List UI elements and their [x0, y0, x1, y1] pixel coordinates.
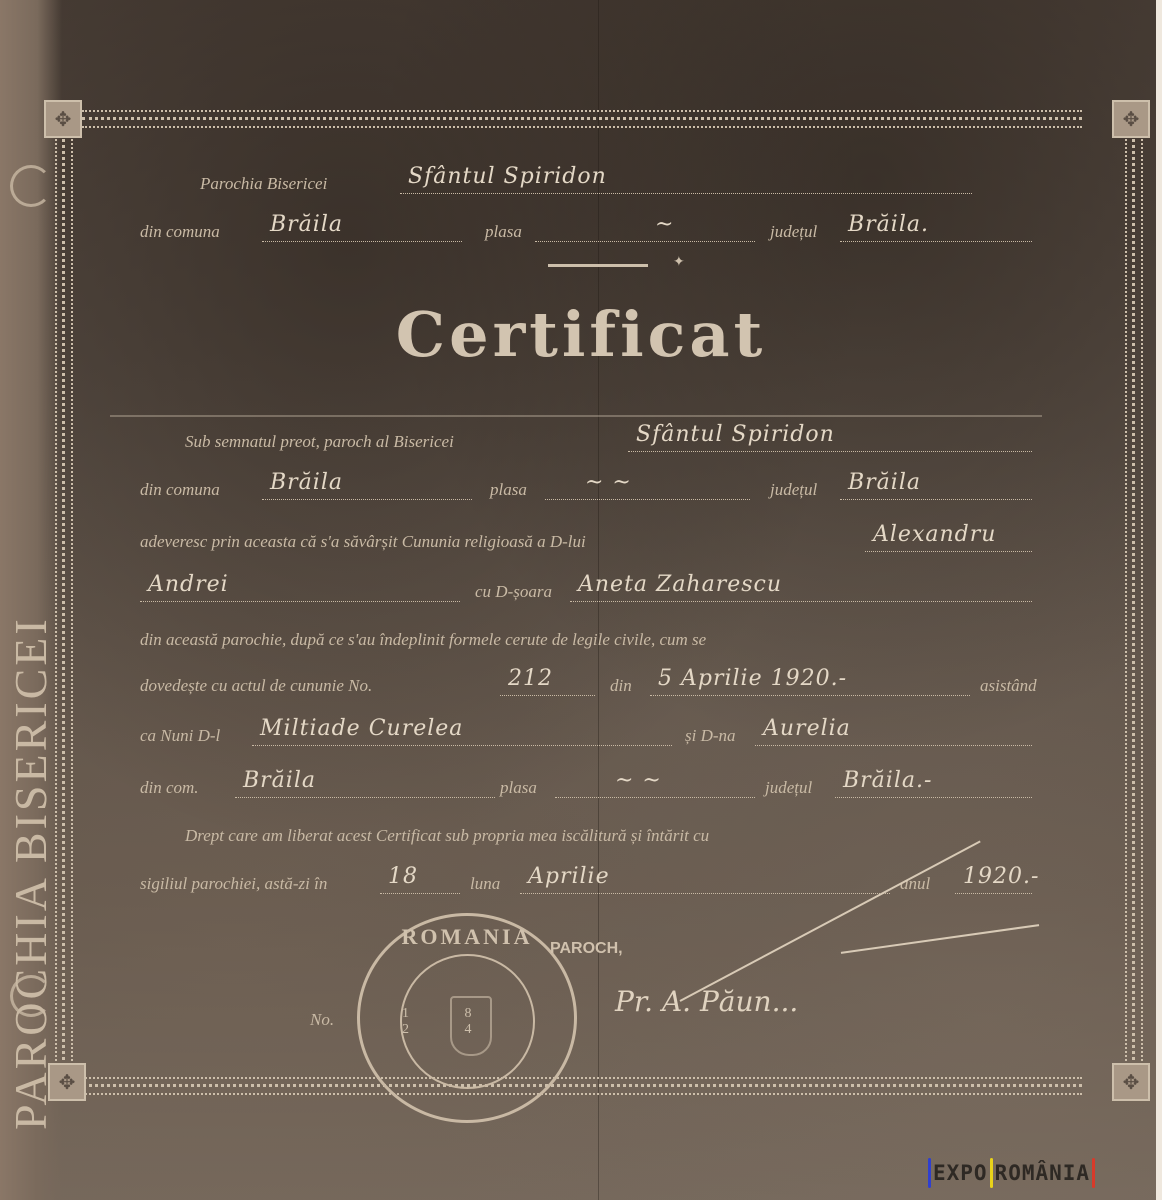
- swirl-ornament-icon: [10, 975, 52, 1017]
- issuance-text: Drept care am liberat acest Certificat s…: [185, 826, 709, 846]
- swirl-ornament-icon: [10, 165, 52, 207]
- priest-intro-label: Sub semnatul preot, paroch al Bisericei: [185, 432, 454, 452]
- comuna-field: Brăila: [262, 471, 472, 500]
- corner-ornament-icon: ✥: [1112, 100, 1150, 138]
- document-title: Certificat: [0, 298, 1162, 371]
- month-label: luna: [470, 874, 500, 894]
- com-value: Brăila: [243, 768, 316, 793]
- church-field: Sfântul Spiridon: [628, 423, 1032, 452]
- plasa-field: ~: [535, 213, 755, 242]
- bride-name: Aneta Zaharescu: [578, 572, 782, 597]
- comuna-label: din comuna: [140, 480, 220, 500]
- judetul-field: Brăila.: [840, 213, 1032, 242]
- body-line-4: Andrei cu D-șoara Aneta Zaharescu: [140, 568, 1032, 608]
- body-line-1: Sub semnatul preot, paroch al Bisericei …: [140, 418, 1032, 458]
- header-location-row: din comuna Brăila plasa ~ județul Brăila…: [140, 208, 1032, 248]
- com-field: Brăila: [235, 769, 495, 798]
- godfather-label: ca Nuni D-l: [140, 726, 220, 746]
- attestation-label: adeveresc prin aceasta că s'a săvârșit C…: [140, 532, 586, 552]
- judetul-label: județul: [770, 222, 817, 242]
- bride-name-field: Aneta Zaharescu: [570, 573, 1032, 602]
- plasa-label: plasa: [500, 778, 537, 798]
- plasa-value: ~ ~: [615, 768, 662, 793]
- body-line-6: dovedește cu actul de cununie No. 212 di…: [140, 662, 1032, 702]
- day-value: 18: [388, 864, 418, 889]
- plasa-label: plasa: [490, 480, 527, 500]
- civil-forms-text: din această parochie, după ce s'au îndep…: [140, 630, 706, 650]
- coat-of-arms-icon: [450, 996, 492, 1056]
- judetul-value: Brăila.-: [843, 768, 932, 793]
- flag-bar-blue: [928, 1158, 931, 1188]
- com-label: din com.: [140, 778, 199, 798]
- paper-edge: [1156, 0, 1162, 1200]
- judetul-field: Brăila.-: [835, 769, 1032, 798]
- flag-bar-red: [1092, 1158, 1095, 1188]
- comuna-value: Brăila: [270, 212, 343, 237]
- godfather-field: Miltiade Curelea: [252, 717, 672, 746]
- seal-inner-ring: 1 8 2 4: [400, 954, 535, 1089]
- church-value: Sfântul Spiridon: [636, 422, 835, 447]
- month-field: Aprilie: [520, 865, 890, 894]
- border-left: [55, 120, 73, 1080]
- act-date-field: 5 Aprilie 1920.-: [650, 667, 970, 696]
- day-field: 18: [380, 865, 460, 894]
- parish-value: Sfântul Spiridon: [408, 164, 607, 189]
- body-line-7: ca Nuni D-l Miltiade Curelea și D-na Aur…: [140, 712, 1032, 752]
- judetul-label: județul: [765, 778, 812, 798]
- corner-ornament-icon: ✥: [1112, 1063, 1150, 1101]
- year-value: 1920.-: [963, 864, 1039, 889]
- watermark-text-left: EXPO: [933, 1161, 988, 1185]
- godmother-field: Aurelia: [755, 717, 1032, 746]
- judetul-label: județul: [770, 480, 817, 500]
- registry-number-label: No.: [310, 1010, 334, 1030]
- groom-first-name-field: Alexandru: [865, 523, 1032, 552]
- corner-ornament-icon: ✥: [48, 1063, 86, 1101]
- comuna-field: Brăila: [262, 213, 462, 242]
- year-field: 1920.-: [955, 865, 1032, 894]
- plasa-value: ~ ~: [585, 470, 632, 495]
- border-right: [1125, 120, 1143, 1080]
- act-number-label: dovedește cu actul de cununie No.: [140, 676, 372, 696]
- assisting-label: asistând: [980, 676, 1037, 696]
- plasa-label: plasa: [485, 222, 522, 242]
- plasa-field: ~ ~: [555, 769, 755, 798]
- body-line-10: sigiliul parochiei, astă-zi în 18 luna A…: [140, 860, 1032, 900]
- parish-field: Sfântul Spiridon: [400, 165, 972, 194]
- horizontal-fold-line: [110, 415, 1042, 417]
- godfather-name: Miltiade Curelea: [260, 716, 463, 741]
- body-line-5: din această parochie, după ce s'au îndep…: [140, 616, 1032, 656]
- act-date: 5 Aprilie 1920.-: [658, 666, 847, 691]
- judetul-value: Brăila.: [848, 212, 929, 237]
- plasa-value: ~: [655, 212, 674, 237]
- act-number-field: 212: [500, 667, 595, 696]
- parish-seal: ROMANIA 1 8 2 4: [357, 913, 577, 1123]
- month-value: Aprilie: [528, 864, 610, 889]
- watermark-text-right: ROMÂNIA: [995, 1161, 1091, 1185]
- body-line-9: Drept care am liberat acest Certificat s…: [140, 812, 1032, 852]
- parish-label: Parochia Bisericei: [200, 174, 327, 194]
- groom-surname: Andrei: [148, 572, 229, 597]
- plasa-field: ~ ~: [545, 471, 750, 500]
- groom-surname-field: Andrei: [140, 573, 460, 602]
- priest-signature: Pr. A. Păun...: [615, 985, 798, 1018]
- comuna-value: Brăila: [270, 470, 343, 495]
- judetul-field: Brăila: [840, 471, 1032, 500]
- flag-bar-yellow: [990, 1158, 993, 1188]
- expo-romania-watermark: EXPO ROMÂNIA: [926, 1158, 1097, 1188]
- border-top: [82, 110, 1082, 128]
- body-line-8: din com. Brăila plasa ~ ~ județul Brăila…: [140, 764, 1032, 804]
- body-line-3: adeveresc prin aceasta că s'a săvârșit C…: [140, 518, 1032, 558]
- judetul-value: Brăila: [848, 470, 921, 495]
- header-parish-row: Parochia Bisericei Sfântul Spiridon: [140, 160, 1032, 200]
- corner-ornament-icon: ✥: [44, 100, 82, 138]
- border-bottom: [82, 1077, 1082, 1095]
- godmother-label: și D-na: [685, 726, 736, 746]
- act-number: 212: [508, 666, 553, 691]
- body-line-2: din comuna Brăila plasa ~ ~ județul Brăi…: [140, 466, 1032, 506]
- bride-label: cu D-șoara: [475, 582, 552, 602]
- groom-first-name: Alexandru: [873, 522, 996, 547]
- act-date-label: din: [610, 676, 632, 696]
- godmother-name: Aurelia: [763, 716, 851, 741]
- divider-ornament: [548, 264, 648, 267]
- seal-date-label: sigiliul parochiei, astă-zi în: [140, 874, 327, 894]
- seal-country-text: ROMANIA: [360, 924, 574, 950]
- comuna-label: din comuna: [140, 222, 220, 242]
- priest-title: PAROCH,: [550, 940, 623, 958]
